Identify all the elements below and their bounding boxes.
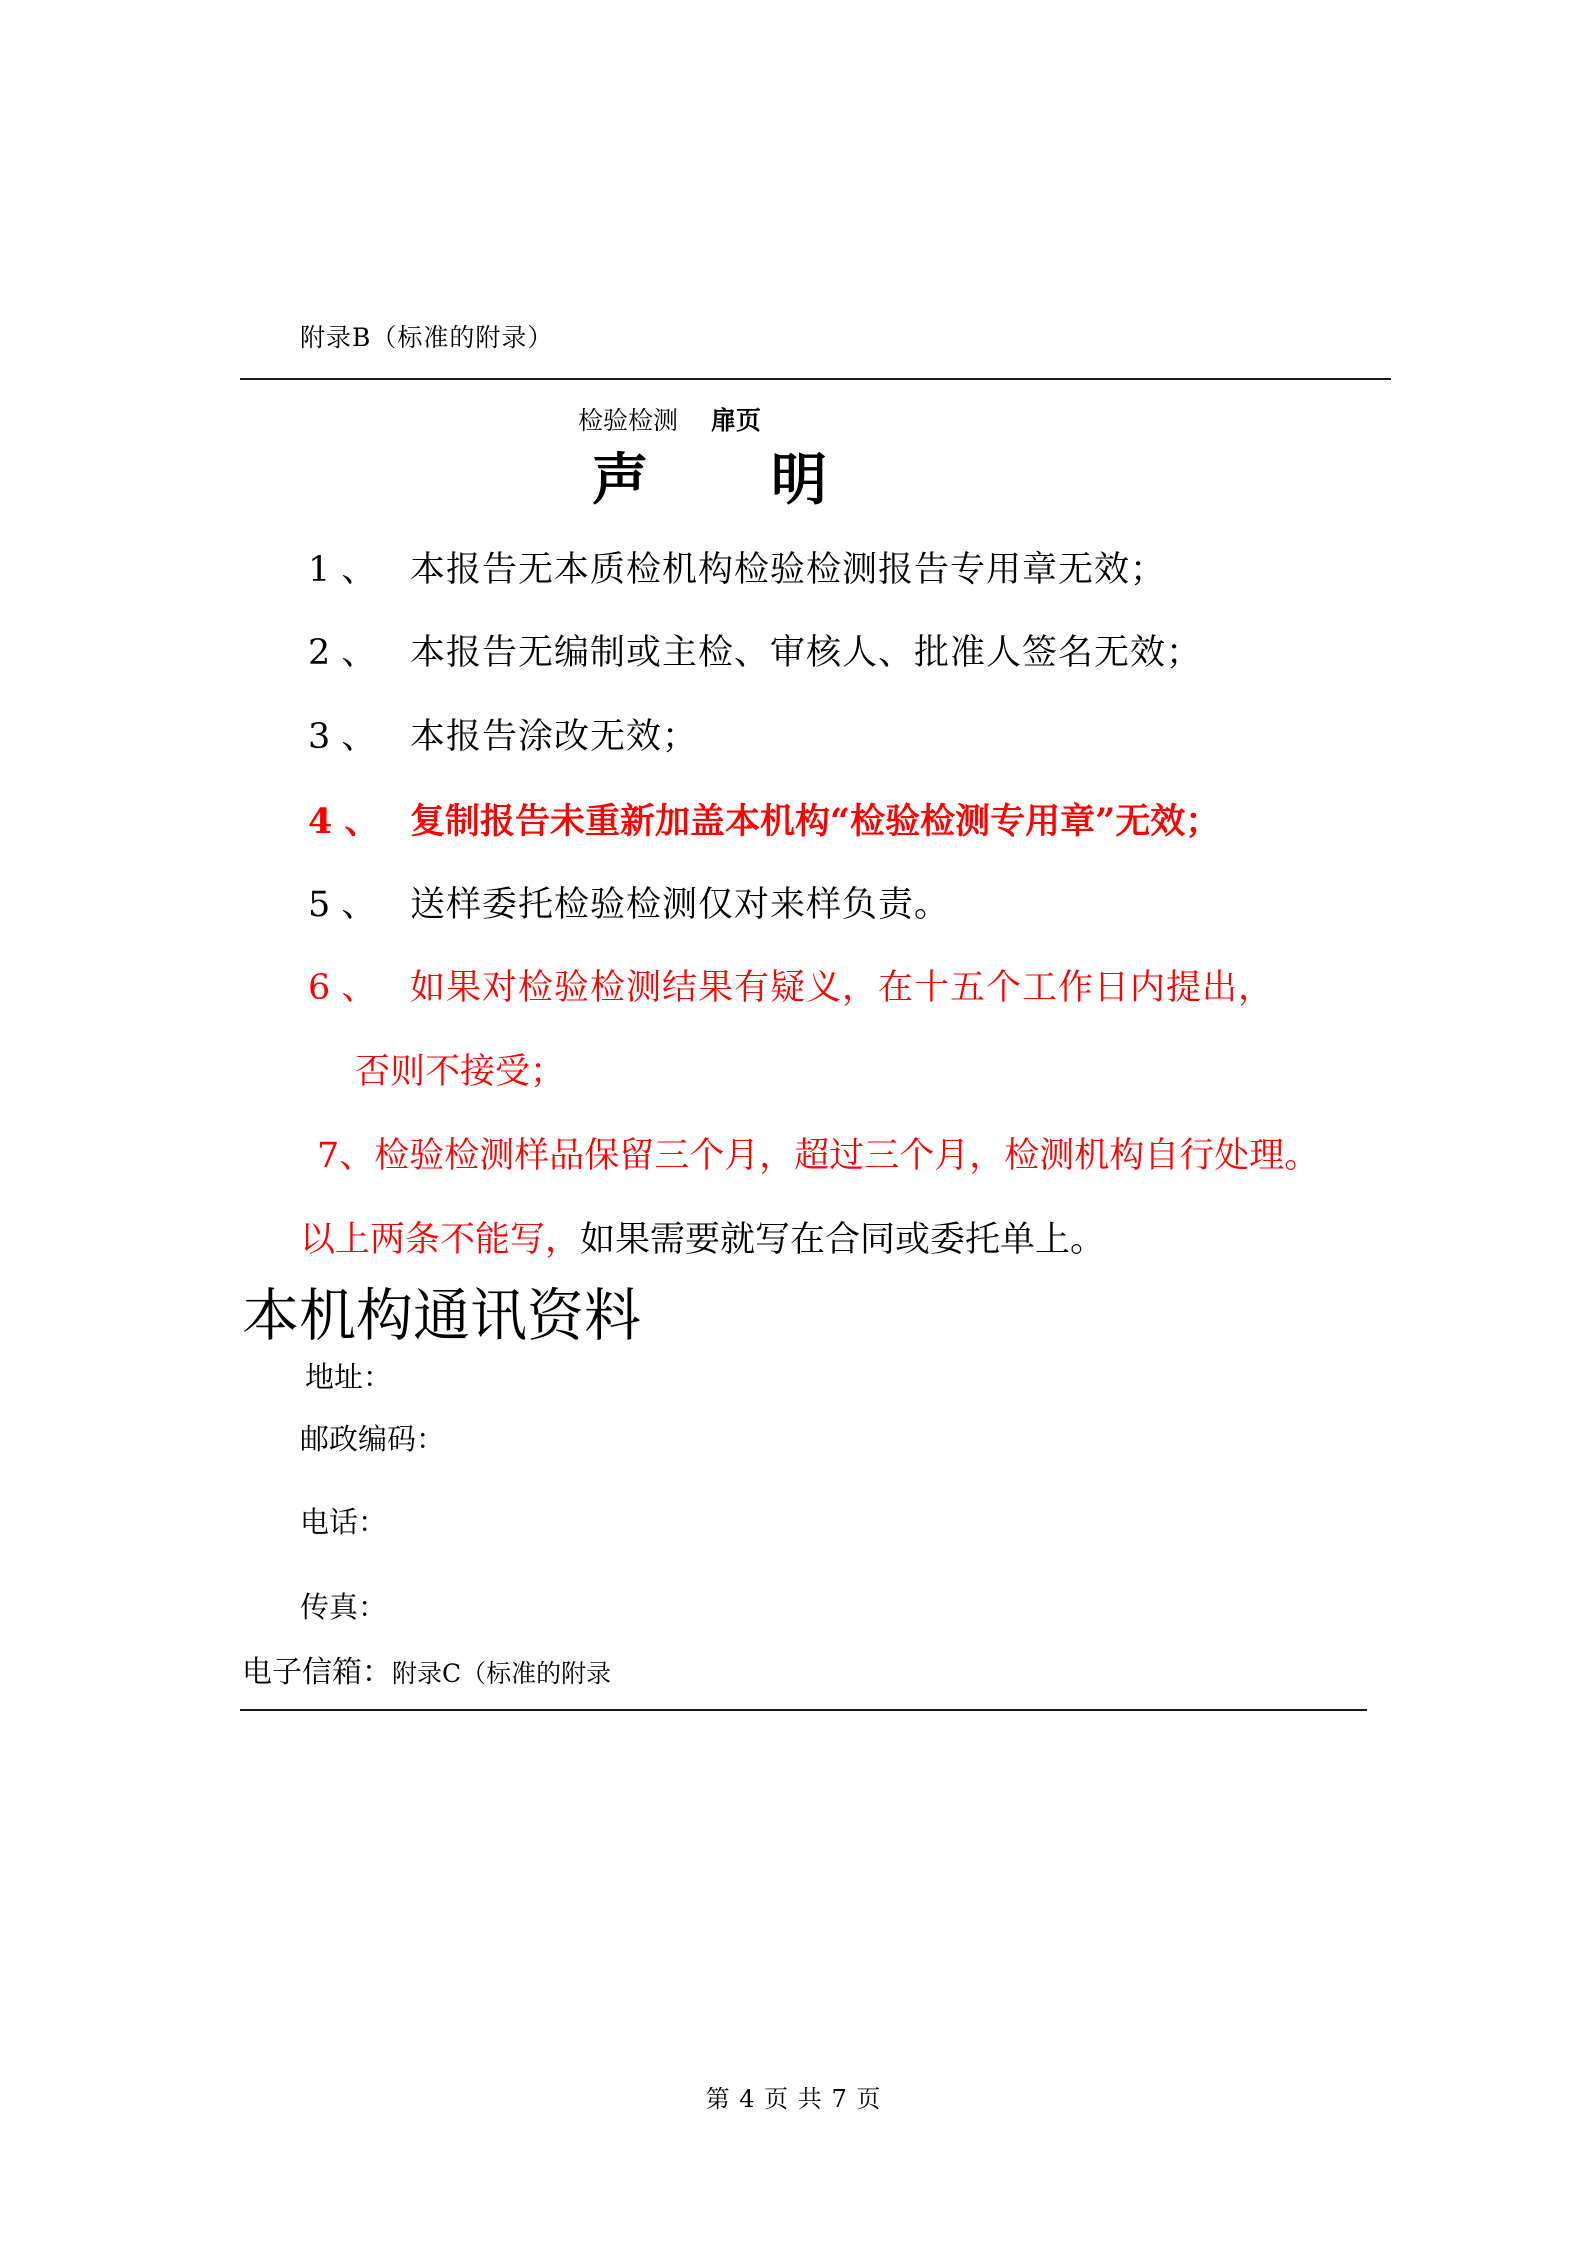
note-warning: 以上两条不能写， [300, 1220, 580, 1260]
item-number: 2 、 [308, 636, 376, 671]
item-text: 本报告无本质检机构检验检测报告专用章无效； [410, 553, 1166, 588]
subtitle-suffix: 扉页 [711, 406, 761, 435]
phone-label: 电话： [300, 1508, 387, 1537]
top-divider [240, 378, 1391, 380]
bottom-divider [240, 1709, 1367, 1711]
flyleaf-subtitle: 检验检测扉页 [578, 408, 761, 433]
statement-item-6-continuation: 否则不接受； [355, 1055, 565, 1090]
page-indicator: 第 4 页 共 7 页 [0, 2087, 1587, 2111]
item-number: 6 、 [308, 971, 376, 1006]
email-row: 电子信箱：附录C（标准的附录 [242, 1658, 611, 1688]
appendix-b-header: 附录B（标准的附录） [300, 325, 553, 350]
contact-heading: 本机构通讯资料 [242, 1288, 641, 1345]
address-label: 地址： [305, 1363, 392, 1392]
note-instruction: 如果需要就写在合同或委托单上。 [580, 1220, 1105, 1260]
item-text: 如果对检验检测结果有疑义，在十五个工作日内提出， [410, 971, 1274, 1006]
appendix-c-label: 附录C（标准的附录 [392, 1659, 611, 1688]
editor-note: 以上两条不能写，如果需要就写在合同或委托单上。 [300, 1223, 1105, 1258]
statement-title-char-1: 声 [592, 452, 648, 508]
email-label: 电子信箱： [242, 1655, 392, 1690]
statement-title-char-2: 明 [771, 452, 827, 508]
fax-label: 传真： [300, 1593, 387, 1622]
item-number: 4 、 [308, 804, 380, 839]
item-number: 3 、 [308, 720, 376, 755]
subtitle-prefix: 检验检测 [578, 406, 678, 435]
item-text: 复制报告未重新加盖本机构“检验检测专用章”无效； [410, 804, 1220, 839]
statement-item-7: 7、检验检测样品保留三个月，超过三个月，检测机构自行处理。 [317, 1139, 1319, 1174]
item-text: 本报告涂改无效； [410, 720, 698, 755]
item-text: 本报告无编制或主检、审核人、批准人签名无效； [410, 636, 1202, 671]
item-number: 5 、 [308, 888, 376, 923]
postcode-label: 邮政编码： [300, 1425, 445, 1454]
item-text: 送样委托检验检测仅对来样负责。 [410, 888, 950, 923]
item-number: 1 、 [308, 553, 376, 588]
